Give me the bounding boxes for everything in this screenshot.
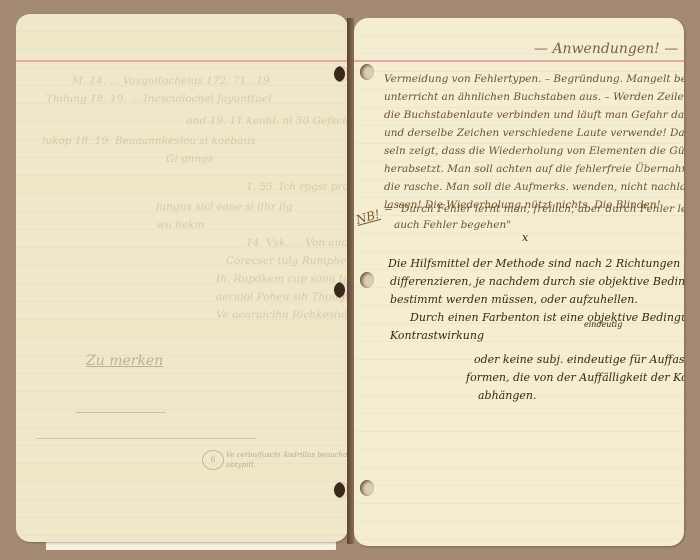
text-line: oder keine subj. eindeutige für Auffassu… [474, 350, 684, 370]
text-line: Die Hilfsmittel der Methode sind nach 2 … [388, 254, 684, 274]
faint-footnote: Ve cerbo/fuschi Andrillus beauchoune Sun… [226, 450, 348, 460]
punch-hole-bottom [334, 482, 348, 498]
punch-hole-top [360, 64, 374, 80]
bleed-through-line: lukop 18. 19. Beuaannkeslou si koebaus [42, 132, 256, 152]
page-heading: — Anwendungen! — [534, 40, 678, 60]
text-line: abhängen. [478, 386, 536, 406]
text-line: unterricht an ähnlichen Buchstaben aus. … [384, 88, 684, 108]
bleed-through-line: 1. 55. Ich rpgst prochoel [246, 178, 348, 198]
circled-number: 6 [202, 450, 224, 470]
bleed-through-line: wu hekm [156, 216, 204, 236]
right-notebook-page: — Anwendungen! — Vermeidung von Fehlerty… [354, 18, 684, 546]
section-separator: x [522, 228, 528, 248]
bleed-through-line: Ve aearuiclhu Richkeslulu [216, 306, 348, 326]
text-line: Kontrastwirkung [390, 326, 484, 346]
faint-rule [76, 412, 166, 413]
faint-footnote: ubtypitl. [226, 460, 256, 470]
text-line: bestimmt werden müssen, oder aufzuhellen… [390, 290, 638, 310]
text-line: formen, die von der Auffälligkeit der Ko… [466, 368, 684, 388]
bleed-through-line: Ih. Rupdkem cup sonu toeokaje [216, 270, 348, 290]
text-line: seln zeigt, dass die Wiederholung von El… [384, 142, 684, 162]
bleed-through-line: aeruiol Poheu sih Thoughuergs [216, 288, 348, 308]
notebook-spine [347, 18, 354, 544]
bleed-through-line: und 19. 11 kenhl. ni 50 Gefscilen [186, 112, 348, 132]
bleed-through-line: 14. Vsk. ... Von aucunnh koercshla [246, 234, 348, 254]
margin-line [16, 60, 348, 62]
quote-line: auch Fehler begehen" [394, 216, 511, 236]
text-line: und derselbe Zeichen verschiedene Laute … [384, 124, 684, 144]
text-line: Durch einen Farbenton ist eine objektive… [410, 308, 684, 328]
text-line: Vermeidung von Fehlertypen. – Begründung… [384, 70, 684, 90]
bleed-through-line: Gi gnngs [166, 150, 213, 170]
punch-hole-bottom [360, 480, 374, 496]
faint-title: Zu merken [86, 352, 163, 372]
punch-hole-middle [360, 272, 374, 288]
faint-rule [36, 438, 256, 439]
interlinear-insert: eindeutig [584, 320, 622, 330]
bleed-through-line: Thilung 18. 19. ... Inescuilochel fayunt… [46, 90, 272, 110]
margin-line [354, 60, 684, 62]
bleed-through-line: lungus sicl eane si ilhr lig [156, 198, 293, 218]
text-line: die rasche. Man soll die Aufmerks. wende… [384, 178, 684, 198]
bleed-through-line: M. 14. ... Vasquitochelus 172. 71.. 19 [72, 72, 270, 92]
text-line: differenzieren, je nachdem durch sie obj… [390, 272, 684, 292]
punch-hole-top [334, 66, 348, 82]
left-notebook-page: M. 14. ... Vasquitochelus 172. 71.. 19 T… [16, 14, 348, 542]
text-line: herabsetzt. Man soll achten auf die fehl… [384, 160, 684, 180]
text-line: die Buchstabenlaute verbinden und läuft … [384, 106, 684, 126]
bleed-through-line: Corecser tulg Rumpheloieg [226, 252, 348, 272]
